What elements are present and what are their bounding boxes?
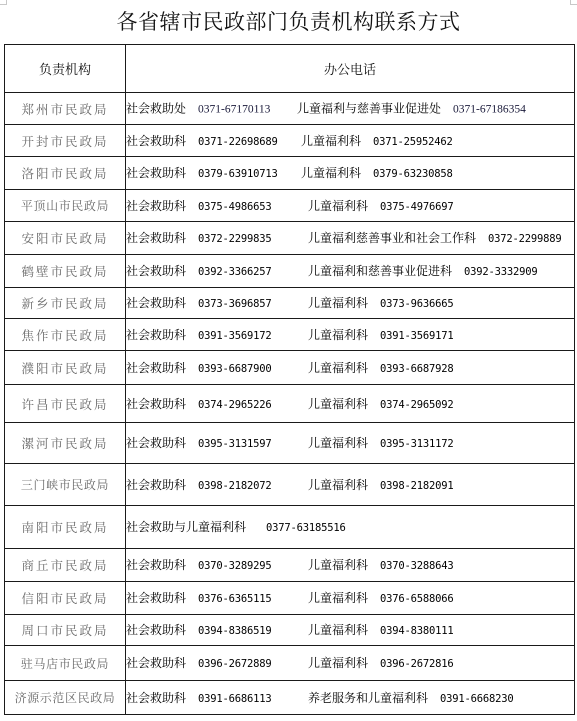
department-name: 社会救助科 [126, 591, 186, 605]
phone-number: 0372-2299889 [488, 233, 561, 245]
department-name: 儿童福利科 [308, 477, 368, 491]
org-name-cell: 驻马店市民政局 [5, 646, 126, 681]
contact-secondary: 养老服务和儿童福利科0391-6668230 [308, 691, 513, 704]
department-name: 儿童福利科 [308, 296, 368, 310]
phone-cell: 社会救助科0370-3289295儿童福利科0370-3288643 [126, 549, 575, 582]
contact-primary: 社会救助科0392-3366257 [126, 265, 271, 278]
contact-primary: 社会救助科0375-4986653 [126, 199, 271, 212]
org-name-cell: 许昌市民政局 [5, 385, 126, 423]
contact-secondary: 儿童福利慈善事业和社会工作科0372-2299889 [308, 232, 561, 245]
contact-secondary: 儿童福利科0376-6588066 [308, 592, 453, 605]
org-name-cell: 新乡市民政局 [5, 288, 126, 319]
phone-number: 0398-2182072 [198, 479, 271, 491]
table-row: 开封市民政局社会救助科0371-22698689儿童福利科0371-259524… [5, 125, 575, 157]
page-corner-mark-left [0, 0, 7, 5]
phone-number: 0377-63185516 [266, 522, 346, 534]
contact-secondary: 儿童福利科0396-2672816 [308, 657, 453, 670]
department-name: 社会救助科 [126, 360, 186, 374]
phone-cell: 社会救助科0391-6686113养老服务和儿童福利科0391-6668230 [126, 681, 575, 715]
department-name: 社会救助科 [126, 166, 186, 180]
table-row: 周口市民政局社会救助科0394-8386519儿童福利科0394-8380111 [5, 615, 575, 646]
table-row: 三门峡市民政局社会救助科0398-2182072儿童福利科0398-218209… [5, 464, 575, 506]
phone-number: 0371-67170113 [198, 103, 270, 115]
department-name: 儿童福利科 [308, 558, 368, 572]
contact-primary: 社会救助科0391-3569172 [126, 328, 271, 341]
department-name: 社会救助科 [126, 296, 186, 310]
phone-cell: 社会救助处0371-67170113儿童福利与慈善事业促进处0371-67186… [126, 93, 575, 125]
department-name: 社会救助科 [126, 264, 186, 278]
org-name-cell: 周口市民政局 [5, 615, 126, 646]
phone-number: 0393-6687928 [380, 362, 453, 374]
contact-primary: 社会救助与儿童福利科0377-63185516 [126, 521, 346, 534]
phone-cell: 社会救助科0391-3569172儿童福利科0391-3569171 [126, 319, 575, 351]
department-name: 社会救助科 [126, 327, 186, 341]
phone-cell: 社会救助科0375-4986653儿童福利科0375-4976697 [126, 190, 575, 222]
contact-primary: 社会救助科0395-3131597 [126, 437, 271, 450]
phone-number: 0375-4976697 [380, 200, 453, 212]
table-row: 洛阳市民政局社会救助科0379-63910713儿童福利科0379-632308… [5, 157, 575, 190]
contact-secondary: 儿童福利科0373-9636665 [308, 297, 453, 310]
document-title: 各省辖市民政部门负责机构联系方式 [0, 6, 577, 38]
contact-primary: 社会救助科0396-2672889 [126, 657, 271, 670]
phone-number: 0373-3696857 [198, 298, 271, 310]
table-header-row: 负责机构 办公电话 [5, 45, 575, 93]
table-row: 驻马店市民政局社会救助科0396-2672889儿童福利科0396-267281… [5, 646, 575, 681]
org-name-cell: 濮阳市民政局 [5, 351, 126, 385]
contact-primary: 社会救助科0391-6686113 [126, 691, 271, 704]
table-row: 新乡市民政局社会救助科0373-3696857儿童福利科0373-9636665 [5, 288, 575, 319]
phone-number: 0370-3289295 [198, 560, 271, 572]
phone-number: 0391-3569171 [380, 329, 453, 341]
department-name: 儿童福利科 [308, 360, 368, 374]
contact-secondary: 儿童福利与慈善事业促进处0371-67186354 [297, 102, 526, 116]
contact-secondary: 儿童福利科0395-3131172 [308, 437, 453, 450]
contact-primary: 社会救助科0394-8386519 [126, 624, 271, 637]
department-name: 社会救助科 [126, 396, 186, 410]
phone-number: 0370-3288643 [380, 560, 453, 572]
phone-number: 0376-6588066 [380, 593, 453, 605]
phone-number: 0376-6365115 [198, 593, 271, 605]
contact-primary: 社会救助科0376-6365115 [126, 592, 271, 605]
department-name: 社会救助科 [126, 231, 186, 245]
table-row: 信阳市民政局社会救助科0376-6365115儿童福利科0376-6588066 [5, 582, 575, 615]
department-name: 社会救助科 [126, 133, 186, 147]
phone-number: 0371-22698689 [198, 135, 278, 147]
contact-primary: 社会救助科0370-3289295 [126, 559, 271, 572]
department-name: 儿童福利科 [308, 327, 368, 341]
phone-number: 0379-63230858 [373, 168, 453, 180]
phone-number: 0393-6687900 [198, 362, 271, 374]
phone-cell: 社会救助科0376-6365115儿童福利科0376-6588066 [126, 582, 575, 615]
org-name-cell: 济源示范区民政局 [5, 681, 126, 715]
phone-number: 0373-9636665 [380, 298, 453, 310]
phone-cell: 社会救助科0371-22698689儿童福利科0371-25952462 [126, 125, 575, 157]
phone-cell: 社会救助科0394-8386519儿童福利科0394-8380111 [126, 615, 575, 646]
org-name-cell: 信阳市民政局 [5, 582, 126, 615]
department-name: 儿童福利科 [308, 198, 368, 212]
contact-primary: 社会救助科0373-3696857 [126, 297, 271, 310]
phone-cell: 社会救助科0379-63910713儿童福利科0379-63230858 [126, 157, 575, 190]
table-row: 平顶山市民政局社会救助科0375-4986653儿童福利科0375-497669… [5, 190, 575, 222]
table-row: 许昌市民政局社会救助科0374-2965226儿童福利科0374-2965092 [5, 385, 575, 423]
org-name-cell: 安阳市民政局 [5, 222, 126, 255]
department-name: 社会救助科 [126, 198, 186, 212]
phone-number: 0391-6686113 [198, 692, 271, 704]
org-name-cell: 商丘市民政局 [5, 549, 126, 582]
org-name-cell: 郑州市民政局 [5, 93, 126, 125]
table-row: 郑州市民政局社会救助处0371-67170113儿童福利与慈善事业促进处0371… [5, 93, 575, 125]
phone-cell: 社会救助与儿童福利科0377-63185516 [126, 506, 575, 549]
org-name-cell: 焦作市民政局 [5, 319, 126, 351]
department-name: 社会救助处 [126, 101, 186, 115]
column-header-phone: 办公电话 [126, 45, 575, 93]
table-row: 安阳市民政局社会救助科0372-2299835儿童福利慈善事业和社会工作科037… [5, 222, 575, 255]
phone-number: 0391-6668230 [440, 692, 513, 704]
department-name: 儿童福利科 [308, 396, 368, 410]
contact-secondary: 儿童福利科0394-8380111 [308, 624, 453, 637]
department-name: 儿童福利和慈善事业促进科 [308, 264, 452, 278]
org-name-cell: 开封市民政局 [5, 125, 126, 157]
org-name-cell: 洛阳市民政局 [5, 157, 126, 190]
contact-primary: 社会救助科0379-63910713 [126, 167, 278, 180]
phone-number: 0398-2182091 [380, 479, 453, 491]
table-row: 漯河市民政局社会救助科0395-3131597儿童福利科0395-3131172 [5, 423, 575, 464]
contact-secondary: 儿童福利科0371-25952462 [301, 134, 453, 147]
phone-number: 0379-63910713 [198, 168, 278, 180]
table-row: 南阳市民政局社会救助与儿童福利科0377-63185516 [5, 506, 575, 549]
contact-secondary: 儿童福利科0374-2965092 [308, 397, 453, 410]
table-row: 济源示范区民政局社会救助科0391-6686113养老服务和儿童福利科0391-… [5, 681, 575, 715]
contacts-table: 负责机构 办公电话 郑州市民政局社会救助处0371-67170113儿童福利与慈… [4, 44, 575, 715]
table-row: 焦作市民政局社会救助科0391-3569172儿童福利科0391-3569171 [5, 319, 575, 351]
org-name-cell: 平顶山市民政局 [5, 190, 126, 222]
contact-primary: 社会救助科0398-2182072 [126, 478, 271, 491]
phone-cell: 社会救助科0392-3366257儿童福利和慈善事业促进科0392-333290… [126, 255, 575, 288]
department-name: 儿童福利科 [308, 623, 368, 637]
phone-cell: 社会救助科0372-2299835儿童福利慈善事业和社会工作科0372-2299… [126, 222, 575, 255]
department-name: 儿童福利科 [301, 133, 361, 147]
phone-number: 0392-3332909 [464, 266, 537, 278]
contact-secondary: 儿童福利科0370-3288643 [308, 559, 453, 572]
department-name: 儿童福利与慈善事业促进处 [297, 101, 441, 115]
phone-number: 0374-2965092 [380, 398, 453, 410]
department-name: 社会救助科 [126, 623, 186, 637]
phone-number: 0372-2299835 [198, 233, 271, 245]
phone-number: 0396-2672816 [380, 658, 453, 670]
org-name-cell: 南阳市民政局 [5, 506, 126, 549]
department-name: 儿童福利科 [308, 436, 368, 450]
contact-secondary: 儿童福利科0393-6687928 [308, 361, 453, 374]
phone-cell: 社会救助科0374-2965226儿童福利科0374-2965092 [126, 385, 575, 423]
table-row: 商丘市民政局社会救助科0370-3289295儿童福利科0370-3288643 [5, 549, 575, 582]
table-row: 濮阳市民政局社会救助科0393-6687900儿童福利科0393-6687928 [5, 351, 575, 385]
contact-primary: 社会救助处0371-67170113 [126, 102, 270, 116]
contact-secondary: 儿童福利和慈善事业促进科0392-3332909 [308, 265, 537, 278]
phone-cell: 社会救助科0395-3131597儿童福利科0395-3131172 [126, 423, 575, 464]
phone-number: 0375-4986653 [198, 200, 271, 212]
phone-number: 0395-3131597 [198, 438, 271, 450]
department-name: 养老服务和儿童福利科 [308, 690, 428, 704]
contact-secondary: 儿童福利科0375-4976697 [308, 199, 453, 212]
contact-secondary: 儿童福利科0398-2182091 [308, 478, 453, 491]
department-name: 儿童福利科 [308, 591, 368, 605]
column-header-org: 负责机构 [5, 45, 126, 93]
phone-cell: 社会救助科0393-6687900儿童福利科0393-6687928 [126, 351, 575, 385]
phone-cell: 社会救助科0396-2672889儿童福利科0396-2672816 [126, 646, 575, 681]
org-name-cell: 漯河市民政局 [5, 423, 126, 464]
phone-number: 0374-2965226 [198, 398, 271, 410]
department-name: 社会救助科 [126, 477, 186, 491]
contact-primary: 社会救助科0371-22698689 [126, 134, 278, 147]
phone-number: 0392-3366257 [198, 266, 271, 278]
department-name: 社会救助科 [126, 656, 186, 670]
phone-number: 0371-25952462 [373, 135, 453, 147]
contact-primary: 社会救助科0374-2965226 [126, 397, 271, 410]
phone-number: 0391-3569172 [198, 329, 271, 341]
contact-primary: 社会救助科0372-2299835 [126, 232, 271, 245]
phone-number: 0394-8386519 [198, 625, 271, 637]
contact-secondary: 儿童福利科0391-3569171 [308, 328, 453, 341]
phone-cell: 社会救助科0373-3696857儿童福利科0373-9636665 [126, 288, 575, 319]
phone-number: 0371-67186354 [453, 103, 526, 115]
phone-number: 0395-3131172 [380, 438, 453, 450]
department-name: 社会救助科 [126, 690, 186, 704]
phone-number: 0396-2672889 [198, 658, 271, 670]
org-name-cell: 三门峡市民政局 [5, 464, 126, 506]
contact-primary: 社会救助科0393-6687900 [126, 361, 271, 374]
page-corner-mark-right [570, 0, 577, 5]
table-row: 鹤壁市民政局社会救助科0392-3366257儿童福利和慈善事业促进科0392-… [5, 255, 575, 288]
phone-number: 0394-8380111 [380, 625, 453, 637]
department-name: 社会救助与儿童福利科 [126, 520, 246, 534]
phone-cell: 社会救助科0398-2182072儿童福利科0398-2182091 [126, 464, 575, 506]
department-name: 儿童福利科 [308, 656, 368, 670]
org-name-cell: 鹤壁市民政局 [5, 255, 126, 288]
department-name: 儿童福利科 [301, 166, 361, 180]
department-name: 社会救助科 [126, 558, 186, 572]
department-name: 儿童福利慈善事业和社会工作科 [308, 231, 476, 245]
contact-secondary: 儿童福利科0379-63230858 [301, 167, 453, 180]
table-body: 郑州市民政局社会救助处0371-67170113儿童福利与慈善事业促进处0371… [5, 93, 575, 715]
department-name: 社会救助科 [126, 436, 186, 450]
